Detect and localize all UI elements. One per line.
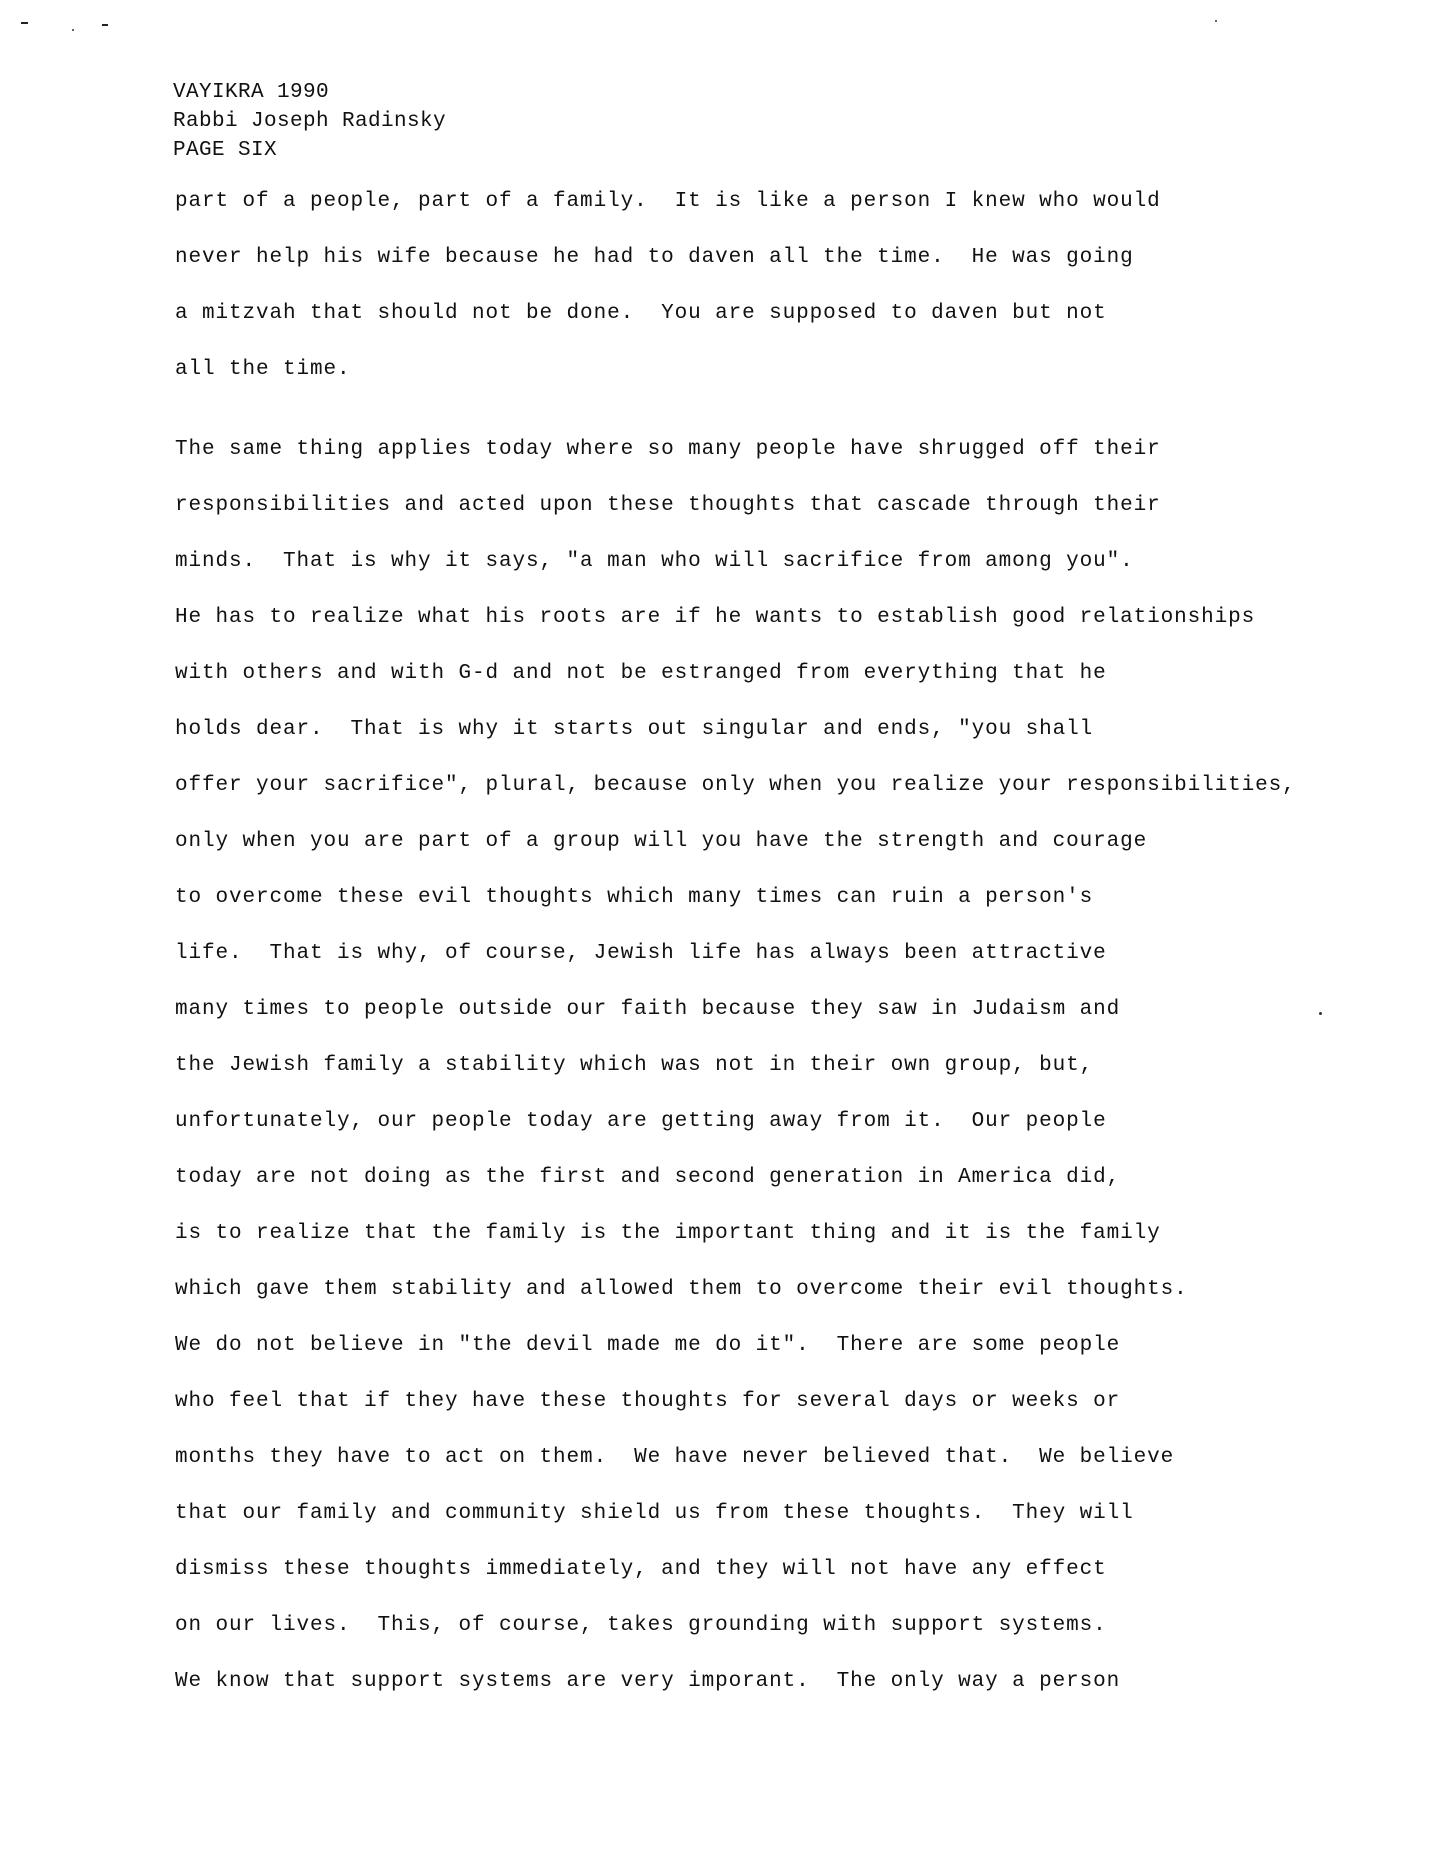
text-line: a mitzvah that should not be done. You a… [175,300,1296,356]
text-line: on our lives. This, of course, takes gro… [175,1612,1296,1668]
paragraph-gap [175,412,1296,436]
scan-artifact [1319,1012,1322,1015]
text-line: months they have to act on them. We have… [175,1444,1296,1500]
document-page: VAYIKRA 1990 Rabbi Joseph Radinsky PAGE … [0,0,1430,1851]
text-line: part of a people, part of a family. It i… [175,188,1296,244]
text-line: life. That is why, of course, Jewish lif… [175,940,1296,996]
text-line: all the time. [175,356,1296,412]
text-line: The same thing applies today where so ma… [175,436,1296,492]
text-line: many times to people outside our faith b… [175,996,1296,1052]
document-header: VAYIKRA 1990 Rabbi Joseph Radinsky PAGE … [173,78,446,165]
text-line: unfortunately, our people today are gett… [175,1108,1296,1164]
text-line: offer your sacrifice", plural, because o… [175,772,1296,828]
document-body: part of a people, part of a family. It i… [175,188,1296,1724]
document-author: Rabbi Joseph Radinsky [173,107,446,136]
page-label: PAGE SIX [173,136,446,165]
text-line: holds dear. That is why it starts out si… [175,716,1296,772]
text-line: to overcome these evil thoughts which ma… [175,884,1296,940]
text-line: responsibilities and acted upon these th… [175,492,1296,548]
document-title: VAYIKRA 1990 [173,78,446,107]
text-line: dismiss these thoughts immediately, and … [175,1556,1296,1612]
text-line: We know that support systems are very im… [175,1668,1296,1724]
text-line: minds. That is why it says, "a man who w… [175,548,1296,604]
text-line: He has to realize what his roots are if … [175,604,1296,660]
text-line: that our family and community shield us … [175,1500,1296,1556]
text-line: is to realize that the family is the imp… [175,1220,1296,1276]
text-line: the Jewish family a stability which was … [175,1052,1296,1108]
scan-artifact [72,29,74,31]
text-line: only when you are part of a group will y… [175,828,1296,884]
text-line: which gave them stability and allowed th… [175,1276,1296,1332]
text-line: who feel that if they have these thought… [175,1388,1296,1444]
text-line: today are not doing as the first and sec… [175,1164,1296,1220]
text-line: with others and with G-d and not be estr… [175,660,1296,716]
scan-artifact [21,22,28,24]
paragraph: The same thing applies today where so ma… [175,436,1296,1724]
text-line: never help his wife because he had to da… [175,244,1296,300]
scan-artifact [1215,20,1217,22]
paragraph: part of a people, part of a family. It i… [175,188,1296,412]
scan-artifact [102,24,108,26]
text-line: We do not believe in "the devil made me … [175,1332,1296,1388]
